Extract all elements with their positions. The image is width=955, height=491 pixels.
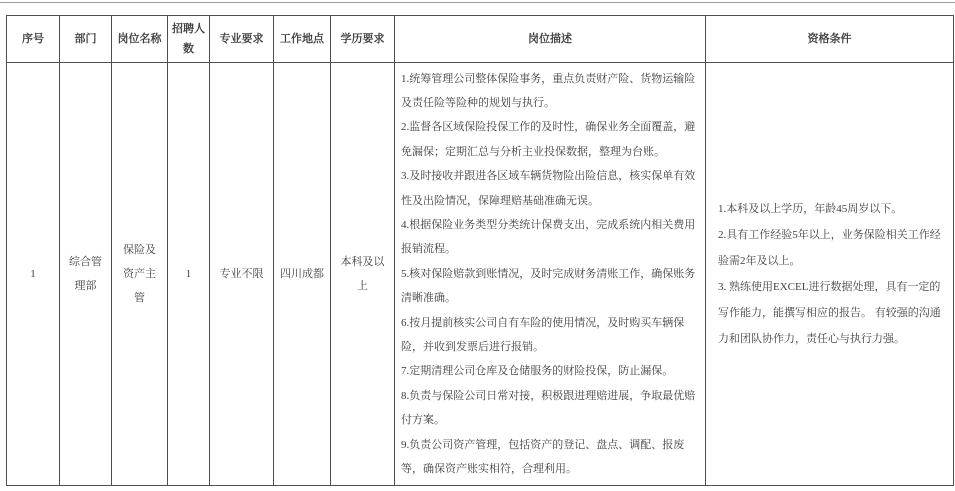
job-description-item: 4.根据保险业务类型分类统计保费支出，完成系统内相关费用报销流程。 xyxy=(401,213,701,262)
cell-description: 1.统筹管理公司整体保险事务，重点负责财产险、货物运输险及责任险等险种的规划与执… xyxy=(395,63,706,486)
header-cell-education: 学历要求 xyxy=(331,16,395,63)
job-description-item: 9.负责公司资产管理，包括资产的登记、盘点、调配、报废等，确保资产账实相符，合理… xyxy=(401,433,701,482)
job-description-item: 1.统筹管理公司整体保险事务，重点负责财产险、货物运输险及责任险等险种的规划与执… xyxy=(401,67,701,116)
qualification-item: 2.具有工作经验5年以上，业务保险相关工作经验需2年及以上。 xyxy=(718,222,945,274)
table-row: 1 综合管理部 保险及资产主管 1 专业不限 四川成都 本科及以上 1.统筹管理… xyxy=(7,63,954,486)
cell-department: 综合管理部 xyxy=(60,63,112,486)
cell-headcount: 1 xyxy=(168,63,210,486)
cell-position: 保险及资产主管 xyxy=(112,63,168,486)
header-cell-position: 岗位名称 xyxy=(112,16,168,63)
header-cell-headcount: 招聘人数 xyxy=(168,16,210,63)
header-cell-description: 岗位描述 xyxy=(395,16,706,63)
header-cell-location: 工作地点 xyxy=(274,16,331,63)
header-cell-major: 专业要求 xyxy=(210,16,274,63)
header-cell-seq: 序号 xyxy=(7,16,60,63)
job-description-item: 5.核对保险赔款到账情况，及时完成财务清账工作，确保账务清晰准确。 xyxy=(401,262,701,311)
job-description-item: 7.定期清理公司仓库及仓储服务的财险投保，防止漏保。 xyxy=(401,359,701,383)
cell-major: 专业不限 xyxy=(210,63,274,486)
cell-location: 四川成都 xyxy=(274,63,331,486)
job-posting-table: 序号 部门 岗位名称 招聘人数 专业要求 工作地点 学历要求 岗位描述 资格条件… xyxy=(6,15,954,486)
cell-qualifications: 1.本科及以上学历，年龄45周岁以下。 2.具有工作经验5年以上，业务保险相关工… xyxy=(706,63,954,486)
qualification-item: 1.本科及以上学历，年龄45周岁以下。 xyxy=(718,196,945,222)
cell-seq: 1 xyxy=(7,63,60,486)
job-description-item: 2.监督各区域保险投保工作的及时性，确保业务全面覆盖，避免漏保；定期汇总与分析主… xyxy=(401,115,701,164)
header-cell-qualifications: 资格条件 xyxy=(706,16,954,63)
job-description-item: 3.及时接收并跟进各区域车辆货物险出险信息，核实保单有效性及出险情况，保障理赔基… xyxy=(401,164,701,213)
job-description-item: 6.按月提前核实公司自有车险的使用情况，及时购买车辆保险，并收到发票后进行报销。 xyxy=(401,311,701,360)
page-top-rule xyxy=(0,2,955,3)
header-row: 序号 部门 岗位名称 招聘人数 专业要求 工作地点 学历要求 岗位描述 资格条件 xyxy=(7,16,954,63)
cell-education: 本科及以上 xyxy=(331,63,395,486)
job-description-item: 8.负责与保险公司日常对接，积极跟进理赔进展，争取最优赔付方案。 xyxy=(401,384,701,433)
header-cell-department: 部门 xyxy=(60,16,112,63)
qualification-item: 3. 熟练使用EXCEL进行数据处理，具有一定的写作能力，能撰写相应的报告。 有… xyxy=(718,274,945,352)
